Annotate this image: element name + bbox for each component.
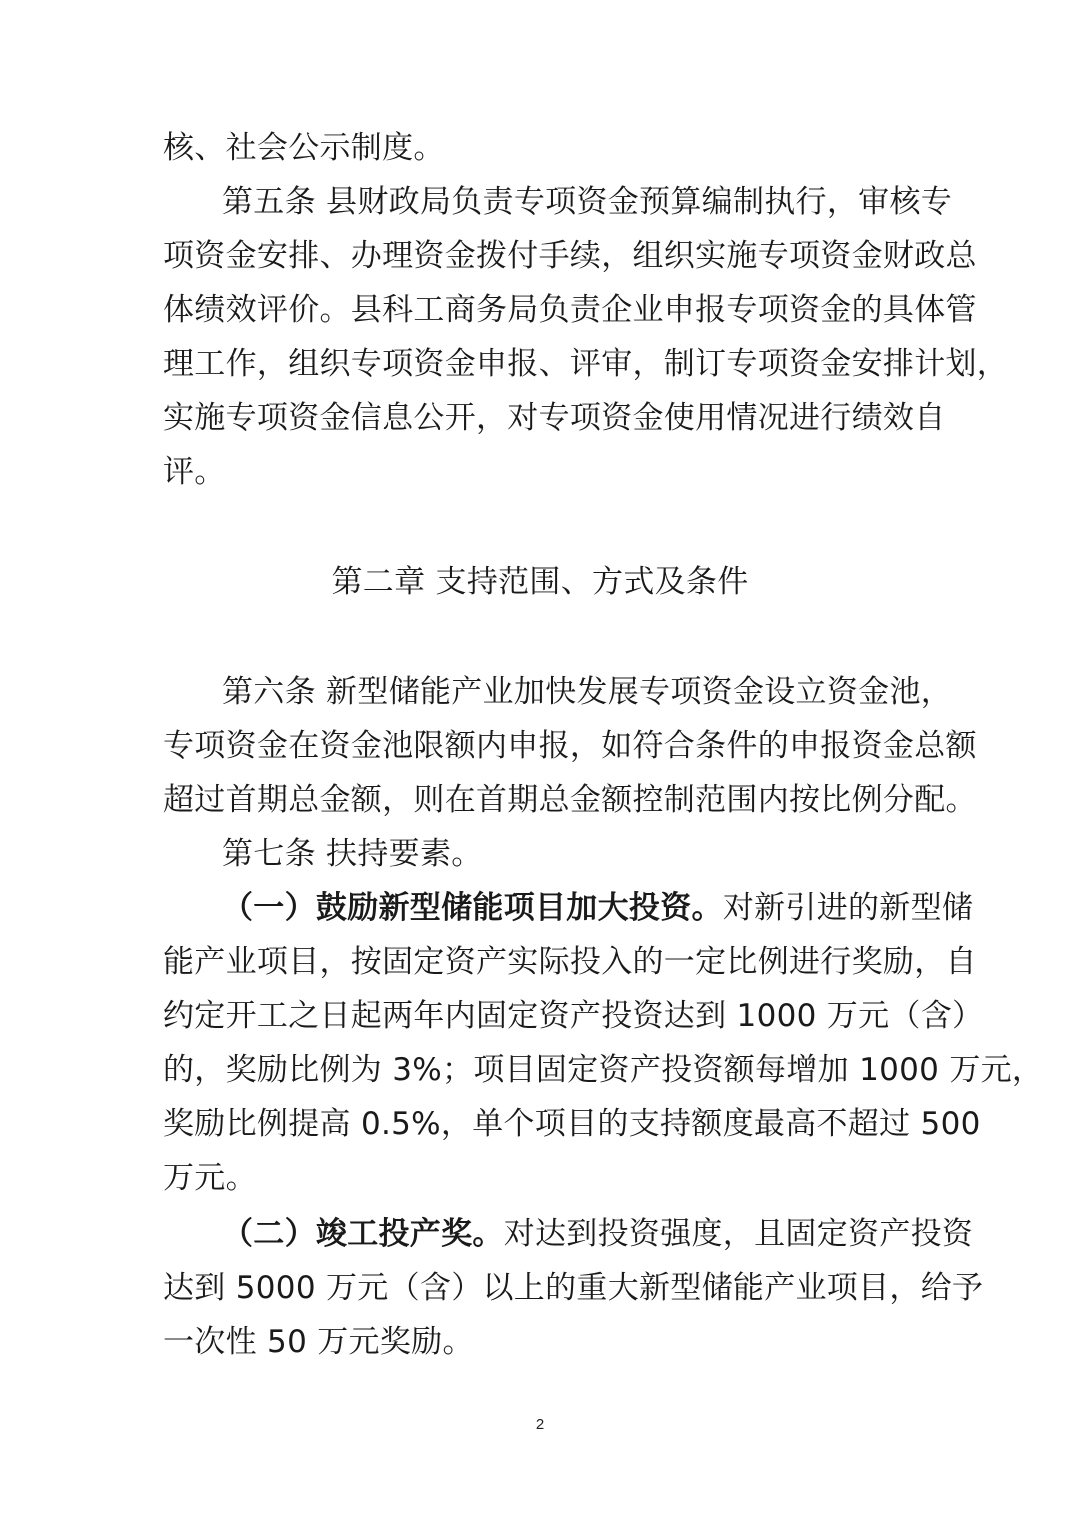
article-5-line: 项资金安排、办理资金拨付手续，组织实施专项资金财政总 (163, 236, 923, 276)
article-5-line: 体绩效评价。县科工商务局负责企业申报专项资金的具体管 (163, 290, 923, 330)
item-2-heading: （二）竣工投产奖。 (222, 1216, 504, 1252)
document-page: 核、社会公示制度。 第五条 县财政局负责专项资金预算编制执行，审核专 项资金安排… (0, 0, 1080, 1527)
page-number: 2 (0, 1416, 1080, 1433)
item-2-line: 达到 5000 万元（含）以上的重大新型储能产业项目，给予 (163, 1268, 923, 1308)
item-1-line: 的，奖励比例为 3%；项目固定资产投资额每增加 1000 万元， (163, 1050, 923, 1090)
item-2-first-line: （二）竣工投产奖。对达到投资强度，且固定资产投资 (222, 1214, 982, 1254)
item-1-line: 奖励比例提高 0.5%，单个项目的支持额度最高不超过 500 (163, 1104, 923, 1144)
article-5-line: 理工作，组织专项资金申报、评审，制订专项资金安排计划， (163, 344, 923, 384)
item-1-line: 能产业项目，按固定资产实际投入的一定比例进行奖励，自 (163, 942, 923, 982)
item-1-line: 万元。 (163, 1158, 923, 1198)
article-6-line: 专项资金在资金池限额内申报，如符合条件的申报资金总额 (163, 726, 923, 766)
item-2-line: 一次性 50 万元奖励。 (163, 1322, 923, 1362)
item-1-first-line: （一）鼓励新型储能项目加大投资。对新引进的新型储 (222, 888, 982, 928)
article-5-line: 评。 (163, 452, 923, 492)
article-7-title: 第七条 扶持要素。 (222, 834, 982, 874)
paragraph-line: 核、社会公示制度。 (163, 128, 923, 168)
item-1-line: 约定开工之日起两年内固定资产投资达到 1000 万元（含） (163, 996, 923, 1036)
article-5-line: 实施专项资金信息公开，对专项资金使用情况进行绩效自 (163, 398, 923, 438)
item-1-heading: （一）鼓励新型储能项目加大投资。 (222, 890, 723, 926)
chapter-heading: 第二章 支持范围、方式及条件 (0, 562, 1080, 602)
item-1-text: 对新引进的新型储 (723, 890, 973, 926)
article-5-line: 第五条 县财政局负责专项资金预算编制执行，审核专 (222, 182, 982, 222)
item-2-text: 对达到投资强度，且固定资产投资 (504, 1216, 974, 1252)
article-6-line: 超过首期总金额，则在首期总金额控制范围内按比例分配。 (163, 780, 923, 820)
article-6-line: 第六条 新型储能产业加快发展专项资金设立资金池， (222, 672, 982, 712)
